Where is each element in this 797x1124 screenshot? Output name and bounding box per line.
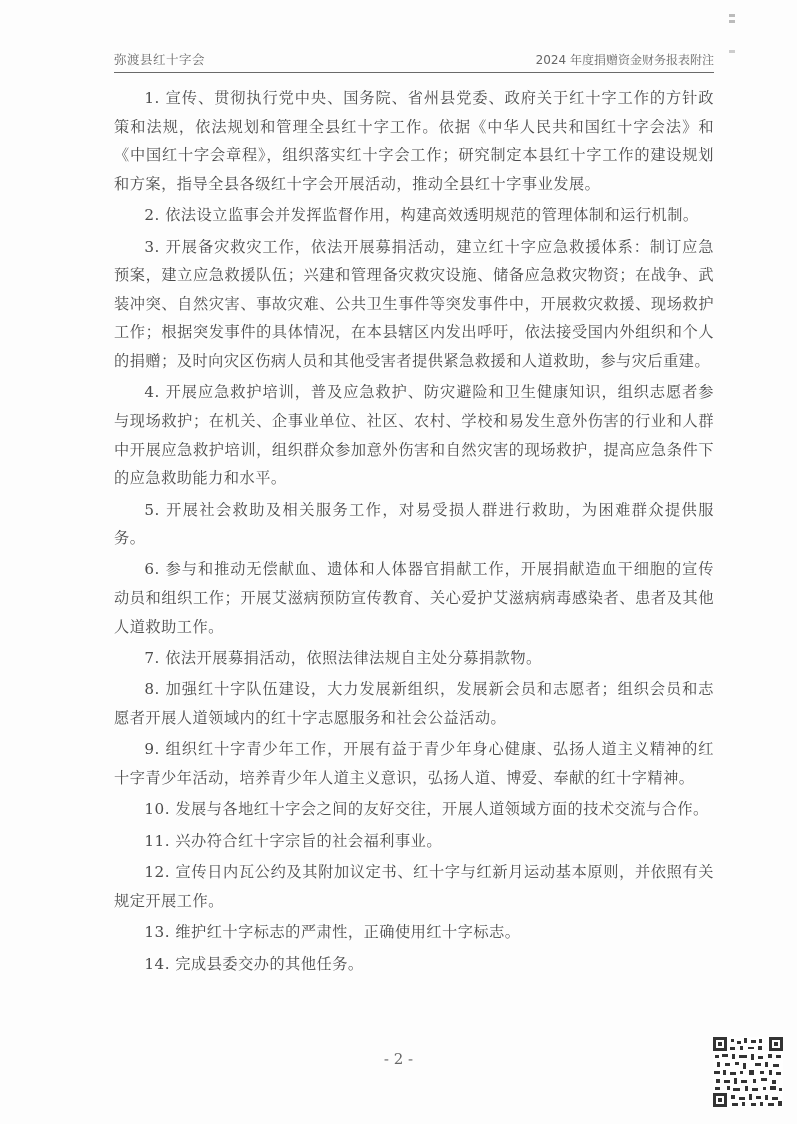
paragraph-5: 5. 开展社会救助及相关服务工作，对易受损人群进行救助，为困难群众提供服务。 xyxy=(114,496,714,553)
paragraph-7: 7. 依法开展募捐活动，依照法律法规自主处分募捐款物。 xyxy=(114,644,714,673)
paragraph-3: 3. 开展备灾救灾工作，依法开展募捐活动，建立红十字应急救援体系：制订应急预案，… xyxy=(114,233,714,376)
header-document-title: 2024 年度捐赠资金财务报表附注 xyxy=(536,51,714,72)
page-number: - 2 - xyxy=(0,1050,797,1068)
paragraph-12: 12. 宣传日内瓦公约及其附加议定书、红十字与红新月运动基本原则，并依照有关规定… xyxy=(114,858,714,915)
paragraph-14: 14. 完成县委交办的其他任务。 xyxy=(114,950,714,979)
paragraph-8: 8. 加强红十字队伍建设，大力发展新组织，发展新会员和志愿者；组织会员和志愿者开… xyxy=(114,675,714,732)
paragraph-1: 1. 宣传、贯彻执行党中央、国务院、省州县党委、政府关于红十字工作的方针政策和法… xyxy=(114,84,714,198)
qr-code-icon xyxy=(713,1037,783,1107)
paragraph-4: 4. 开展应急救护培训，普及应急救护、防灾避险和卫生健康知识，组织志愿者参与现场… xyxy=(114,378,714,492)
document-body: 1. 宣传、贯彻执行党中央、国务院、省州县党委、政府关于红十字工作的方针政策和法… xyxy=(114,84,714,978)
paragraph-10: 10. 发展与各地红十字会之间的友好交往，开展人道领域方面的技术交流与合作。 xyxy=(114,795,714,824)
paragraph-6: 6. 参与和推动无偿献血、遗体和人体器官捐献工作，开展捐献造血干细胞的宣传动员和… xyxy=(114,555,714,641)
header-organization: 弥渡县红十字会 xyxy=(114,50,205,72)
paragraph-9: 9. 组织红十字青少年工作，开展有益于青少年身心健康、弘扬人道主义精神的红十字青… xyxy=(114,735,714,792)
page-header: 弥渡县红十字会 2024 年度捐赠资金财务报表附注 xyxy=(114,50,714,73)
paragraph-13: 13. 维护红十字标志的严肃性，正确使用红十字标志。 xyxy=(114,918,714,947)
paragraph-11: 11. 兴办符合红十字宗旨的社会福利事业。 xyxy=(114,827,714,856)
scan-artifact xyxy=(728,12,738,62)
paragraph-2: 2. 依法设立监事会并发挥监督作用，构建高效透明规范的管理体制和运行机制。 xyxy=(114,201,714,230)
